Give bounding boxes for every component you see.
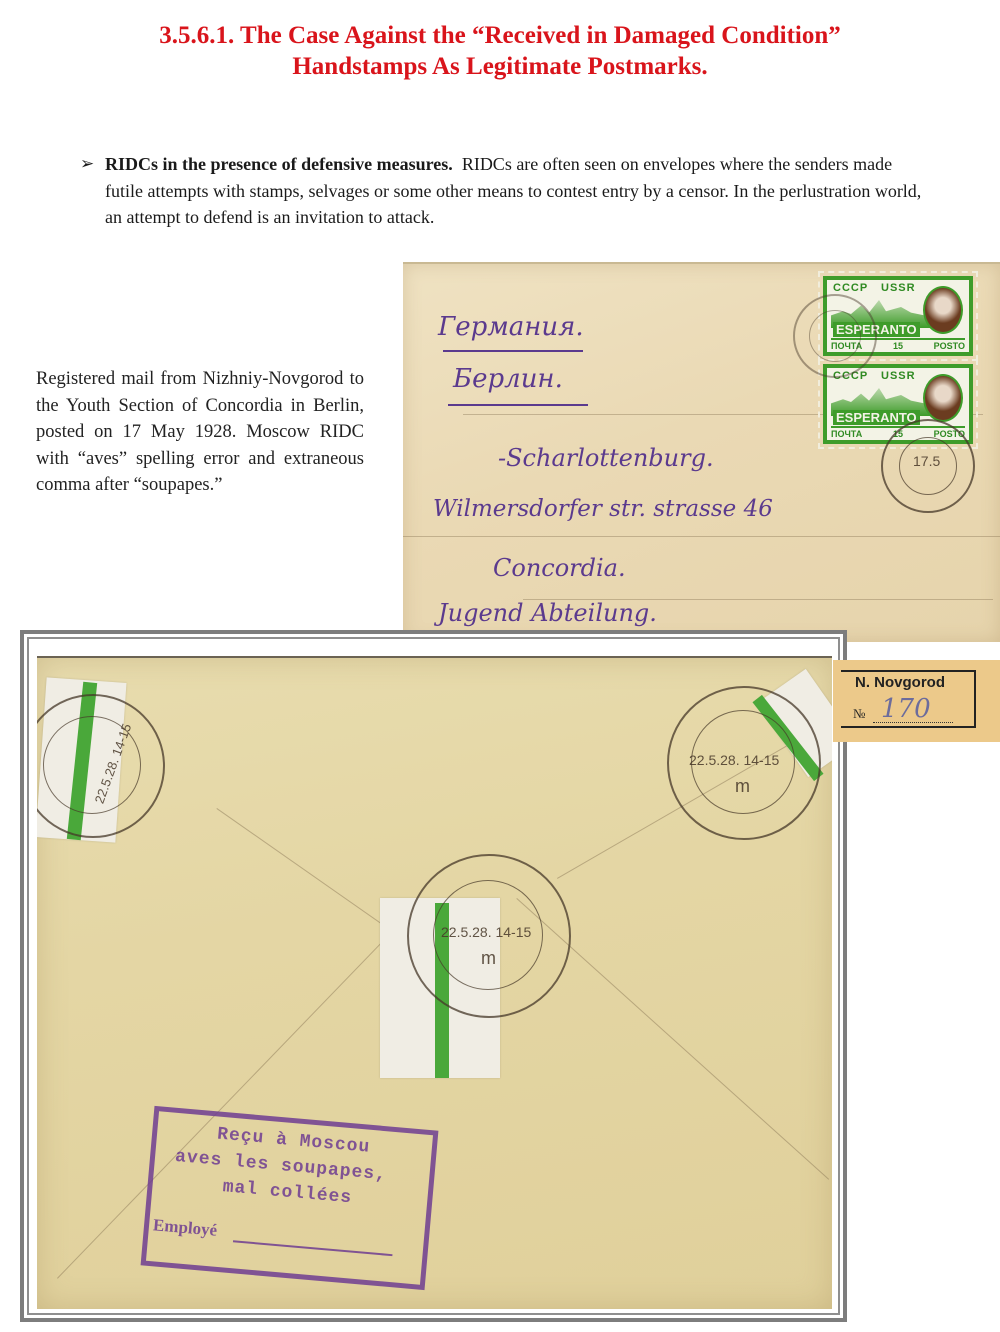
bullet-paragraph: ➢ RIDCs in the presence of defensive mea… [80,151,925,231]
page-title: 3.5.6.1. The Case Against the “Received … [0,20,1000,82]
flap-crease [216,808,405,941]
bullet-lead: RIDCs in the presence of defensive measu… [105,154,453,174]
registration-office: N. Novgorod [855,674,945,691]
ridc-line-3: mal collées [222,1177,353,1208]
ridc-handstamp: Reçu à Moscou aves les soupapes, mal col… [141,1106,439,1290]
stamp-country-en: USSR [881,370,916,382]
address-line-city: Берлин. [453,364,563,394]
berlin-postmark: 22.5.28. 14-15 m [407,854,571,1018]
ridc-employee-label: Employé [152,1215,218,1241]
number-sign: № [853,706,865,722]
address-line-country: Германия. [438,312,584,342]
stamp-country-ru: СССР [833,282,868,294]
cover-caption: Registered mail from Nizhniy-Novgorod to… [36,366,364,499]
stamp-country-en: USSR [881,282,916,294]
title-line-1: 3.5.6.1. The Case Against the “Received … [0,20,1000,51]
underline [443,350,583,352]
departure-postmark [793,294,877,378]
ridc-signature-line [233,1240,393,1256]
address-line-district: -Scharlottenburg. [498,444,714,472]
envelope-back-image: 22.5.28. 14-15 22.5.28. 14-15 m 22.5.28.… [37,656,832,1309]
underline [448,404,588,406]
dotted-line [873,722,953,723]
address-line-org: Concordia. [493,554,626,582]
address-line-section: Jugend Abteilung. [438,599,657,627]
berlin-postmark: 22.5.28. 14-15 [37,694,165,838]
registration-number: 170 [881,694,931,724]
berlin-postmark: 22.5.28. 14-15 m [667,686,821,840]
portrait-icon [923,286,963,334]
arrow-bullet-icon: ➢ [80,151,94,178]
portrait-icon [923,374,963,422]
registration-label: N. Novgorod № 170 [833,660,1000,742]
envelope-front-image: Германия. Берлин. -Scharlottenburg. Wilm… [403,262,1000,642]
registration-box: N. Novgorod № 170 [841,670,976,728]
ruled-line [403,536,1000,537]
title-line-2: Handstamps As Legitimate Postmarks. [0,51,1000,82]
address-line-street: Wilmersdorfer str. strasse 46 [433,496,773,522]
departure-postmark: 17.5 [881,419,975,513]
